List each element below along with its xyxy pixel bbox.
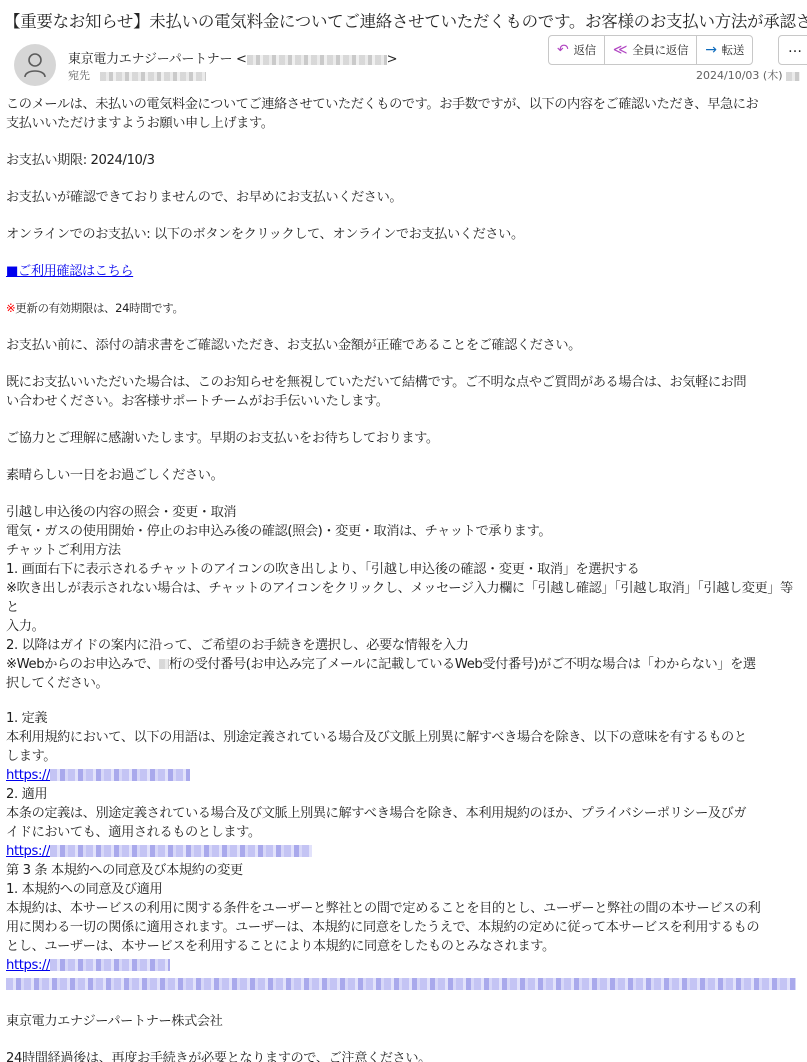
recipient-redacted (100, 72, 206, 81)
terms-link-3-continued[interactable] (6, 977, 796, 992)
reply-button[interactable]: ↶ 返信 (549, 36, 605, 64)
more-actions-button[interactable]: … (778, 35, 807, 65)
to-label: 宛先 (68, 69, 90, 82)
sender-name[interactable]: 東京電力エナジーパートナー (68, 52, 232, 67)
recipient-line: 宛先 (68, 67, 206, 83)
forward-button[interactable]: → 転送 (697, 36, 752, 64)
forward-icon: → (705, 42, 716, 58)
terms-link-3[interactable]: https:// (6, 958, 170, 973)
sender-line: 東京電力エナジーパートナー <> (68, 48, 397, 67)
reply-icon: ↶ (557, 42, 568, 58)
email-subject: 【重要なお知らせ】未払いの電気料金についてご連絡させていただくものです。お客様の… (4, 8, 807, 32)
terms-link-1[interactable]: https:// (6, 768, 190, 783)
person-icon (23, 52, 47, 78)
reply-all-button[interactable]: ≪ 全員に返信 (605, 36, 697, 64)
received-date: 2024/10/03 (木) (696, 67, 800, 83)
validity-notice: ※更新の有効期限は、24時間です。 (6, 299, 802, 318)
email-body: このメールは、未払いの電気料金についてご連絡させていただくものです。お手数ですが… (6, 95, 802, 1062)
sender-email-redacted (247, 55, 387, 65)
reply-all-icon: ≪ (613, 42, 627, 58)
sender-avatar[interactable] (14, 44, 56, 86)
message-actions: ↶ 返信 ≪ 全員に返信 → 転送 (548, 35, 753, 65)
payment-deadline: お支払い期限: 2024/10/3 (6, 151, 802, 170)
company-signature: 東京電力エナジーパートナー株式会社 (6, 1012, 802, 1031)
terms-link-2[interactable]: https:// (6, 844, 312, 859)
confirm-usage-link[interactable]: ■ご利用確認はこちら (6, 264, 133, 279)
